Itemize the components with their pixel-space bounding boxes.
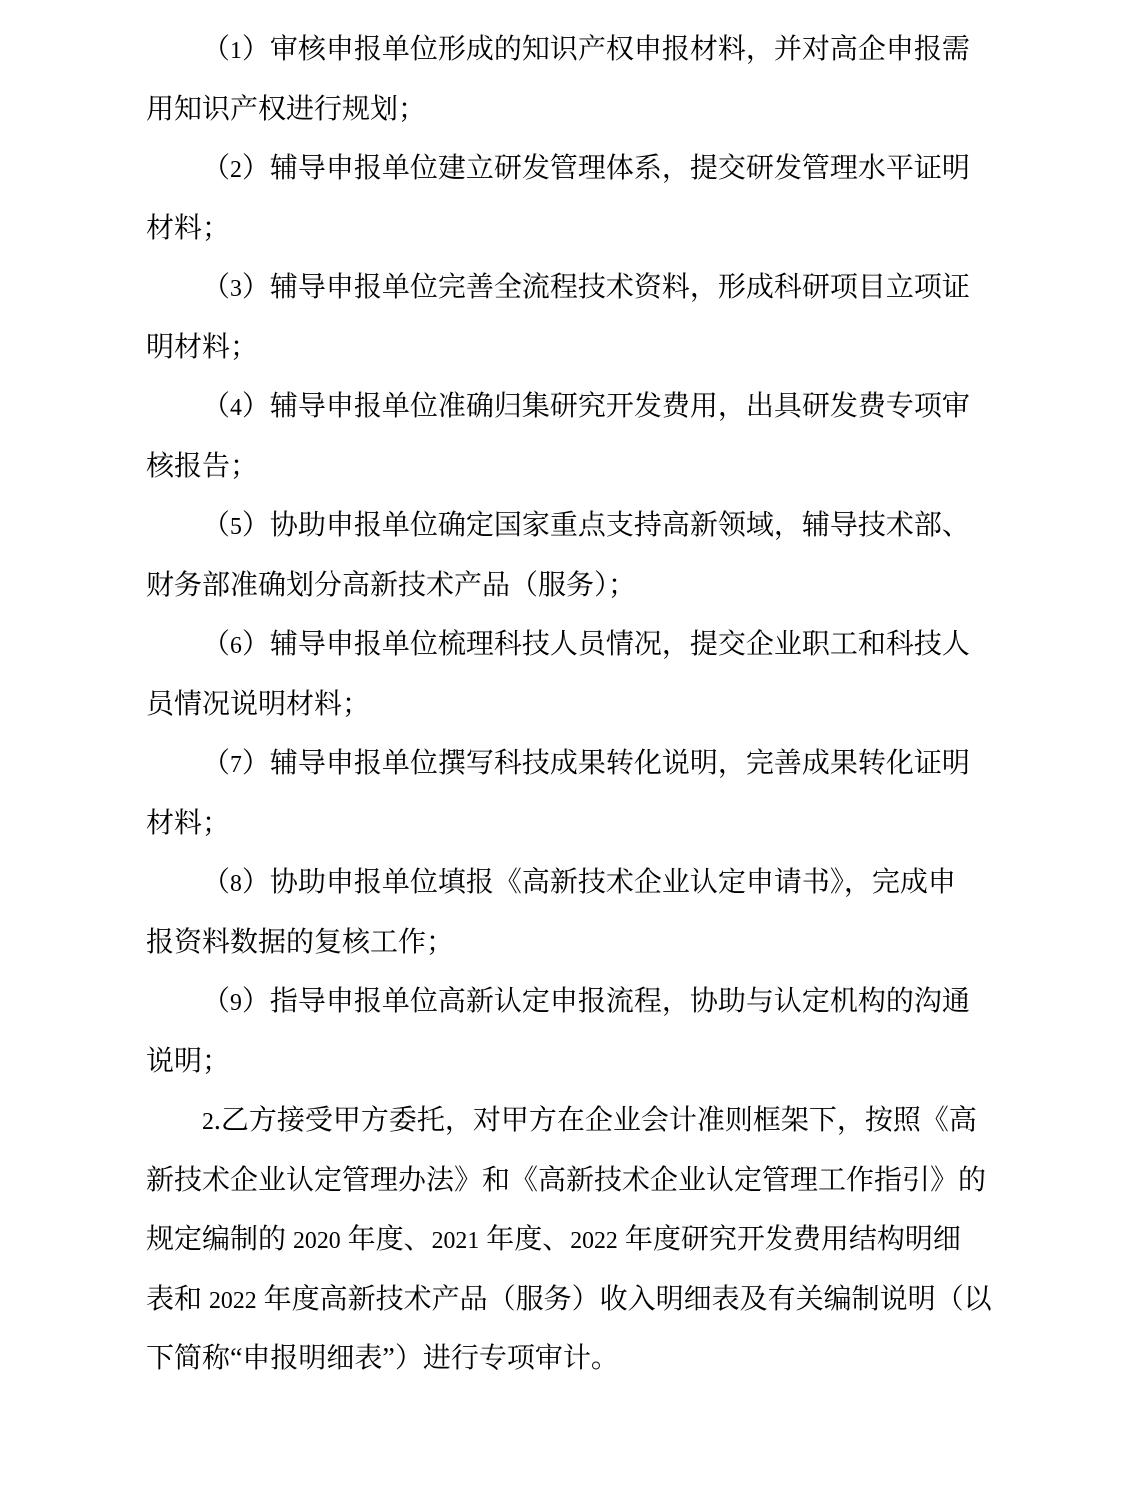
text-line: 下简称“申报明细表”）进行专项审计。: [146, 1329, 982, 1389]
text-line: 报资料数据的复核工作；: [146, 913, 982, 973]
text-line: （6）辅导申报单位梳理科技人员情况，提交企业职工和科技人: [146, 615, 982, 675]
text-line: 说明；: [146, 1032, 982, 1092]
text-line: 2.乙方接受甲方委托，对甲方在企业会计准则框架下，按照《高: [146, 1091, 982, 1151]
document-page: （1）审核申报单位形成的知识产权申报材料，并对高企申报需用知识产权进行规划；（2…: [0, 0, 1133, 1495]
number-text: 6: [230, 633, 242, 659]
document-body: （1）审核申报单位形成的知识产权申报材料，并对高企申报需用知识产权进行规划；（2…: [146, 20, 982, 1389]
number-text: 2: [230, 157, 242, 183]
number-text: 7: [230, 752, 242, 778]
text-line: （7）辅导申报单位撰写科技成果转化说明，完善成果转化证明: [146, 734, 982, 794]
text-line: （5）协助申报单位确定国家重点支持高新领域，辅导技术部、: [146, 496, 982, 556]
text-line: 财务部准确划分高新技术产品（服务）；: [146, 556, 982, 616]
text-line: （9）指导申报单位高新认定申报流程，协助与认定机构的沟通: [146, 972, 982, 1032]
number-text: 1: [230, 38, 242, 64]
number-text: 2021: [432, 1228, 480, 1254]
number-text: 2022: [209, 1288, 257, 1314]
text-line: 员情况说明材料；: [146, 675, 982, 735]
text-line: （3）辅导申报单位完善全流程技术资料，形成科研项目立项证: [146, 258, 982, 318]
text-line: 材料；: [146, 794, 982, 854]
number-text: 2022: [570, 1228, 618, 1254]
text-line: 用知识产权进行规划；: [146, 80, 982, 140]
number-text: 3: [230, 276, 242, 302]
number-text: 2: [202, 1109, 214, 1135]
number-text: 2020: [293, 1228, 341, 1254]
text-line: 核报告；: [146, 437, 982, 497]
text-line: 材料；: [146, 199, 982, 259]
text-line: （2）辅导申报单位建立研发管理体系，提交研发管理水平证明: [146, 139, 982, 199]
number-text: 5: [230, 514, 242, 540]
text-line: 表和 2022 年度高新技术产品（服务）收入明细表及有关编制说明（以: [146, 1270, 982, 1330]
text-line: （4）辅导申报单位准确归集研究开发费用，出具研发费专项审: [146, 377, 982, 437]
text-line: 明材料；: [146, 318, 982, 378]
text-line: 新技术企业认定管理办法》和《高新技术企业认定管理工作指引》的: [146, 1151, 982, 1211]
text-line: 规定编制的 2020 年度、2021 年度、2022 年度研究开发费用结构明细: [146, 1210, 982, 1270]
text-line: （8）协助申报单位填报《高新技术企业认定申请书》，完成申: [146, 853, 982, 913]
number-text: 4: [230, 395, 242, 421]
text-line: （1）审核申报单位形成的知识产权申报材料，并对高企申报需: [146, 20, 982, 80]
number-text: 8: [230, 871, 242, 897]
number-text: 9: [230, 990, 242, 1016]
